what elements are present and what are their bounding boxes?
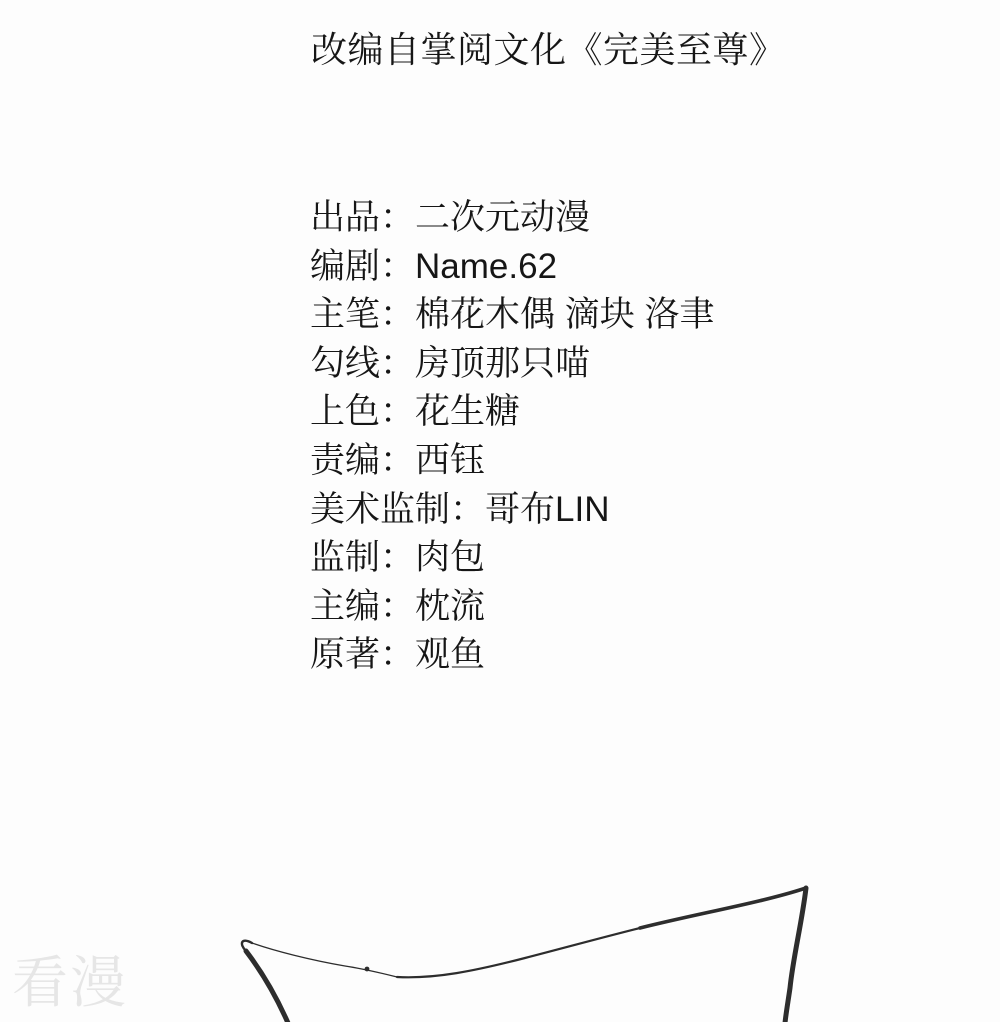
credit-separator: ： [380, 587, 415, 626]
credit-name: 西钰 [415, 441, 485, 480]
credit-role: 监制 [310, 538, 380, 577]
credit-name: 哥布LIN [485, 490, 609, 529]
credit-line: 主笔：棉花木偶 滴块 洛聿 [310, 291, 714, 340]
sketch-left-curl [242, 941, 252, 951]
credit-line: 出品：二次元动漫 [310, 194, 714, 243]
adaptation-note: 改编自掌阅文化《完美至尊》 [311, 30, 786, 70]
credit-name: 花生糖 [415, 392, 520, 431]
credit-line: 监制：肉包 [310, 534, 714, 583]
credit-separator: ： [380, 198, 415, 237]
sketch-right-stroke [785, 888, 806, 1022]
credit-line: 美术监制：哥布LIN [310, 486, 714, 535]
credit-name: 棉花木偶 滴块 洛聿 [415, 295, 714, 334]
credit-name: 观鱼 [415, 635, 485, 674]
sketch-rising-line-thick [640, 888, 806, 928]
credit-role: 勾线 [310, 344, 380, 383]
credit-role: 原著 [310, 635, 380, 674]
credit-separator: ： [380, 538, 415, 577]
credit-role: 责编 [310, 441, 380, 480]
credit-separator: ： [450, 490, 485, 529]
credit-line: 编剧：Name.62 [310, 243, 714, 292]
credit-separator: ： [380, 441, 415, 480]
credit-role: 主编 [310, 587, 380, 626]
watermark-text: 看漫 [12, 953, 128, 1013]
credit-role: 上色 [310, 392, 380, 431]
credit-line: 原著：观鱼 [310, 631, 714, 680]
sketch-ink-dot [365, 967, 370, 972]
sketch-rising-line [397, 928, 640, 977]
credit-separator: ： [380, 295, 415, 334]
credit-separator: ： [380, 635, 415, 674]
credit-separator: ： [380, 247, 415, 286]
sketch-left-stroke [246, 951, 288, 1022]
credit-line: 上色：花生糖 [310, 388, 714, 437]
credit-line: 主编：枕流 [310, 583, 714, 632]
credit-role: 主笔 [310, 295, 380, 334]
sketch-thin-sag-line [252, 943, 397, 977]
credit-name: 房顶那只喵 [415, 344, 590, 383]
credit-line: 责编：西钰 [310, 437, 714, 486]
comic-credits-page: 改编自掌阅文化《完美至尊》 出品：二次元动漫编剧：Name.62主笔：棉花木偶 … [0, 0, 1000, 1022]
credit-separator: ： [380, 344, 415, 383]
credit-name: 枕流 [415, 587, 485, 626]
credit-name: 二次元动漫 [415, 198, 590, 237]
credit-line: 勾线：房顶那只喵 [310, 340, 714, 389]
credit-role: 美术监制 [310, 490, 450, 529]
credits-list: 出品：二次元动漫编剧：Name.62主笔：棉花木偶 滴块 洛聿勾线：房顶那只喵上… [310, 194, 714, 680]
credit-separator: ： [380, 392, 415, 431]
credit-role: 编剧 [310, 247, 380, 286]
credit-name: 肉包 [415, 538, 485, 577]
credit-name: Name.62 [415, 247, 557, 286]
credit-role: 出品 [310, 198, 380, 237]
